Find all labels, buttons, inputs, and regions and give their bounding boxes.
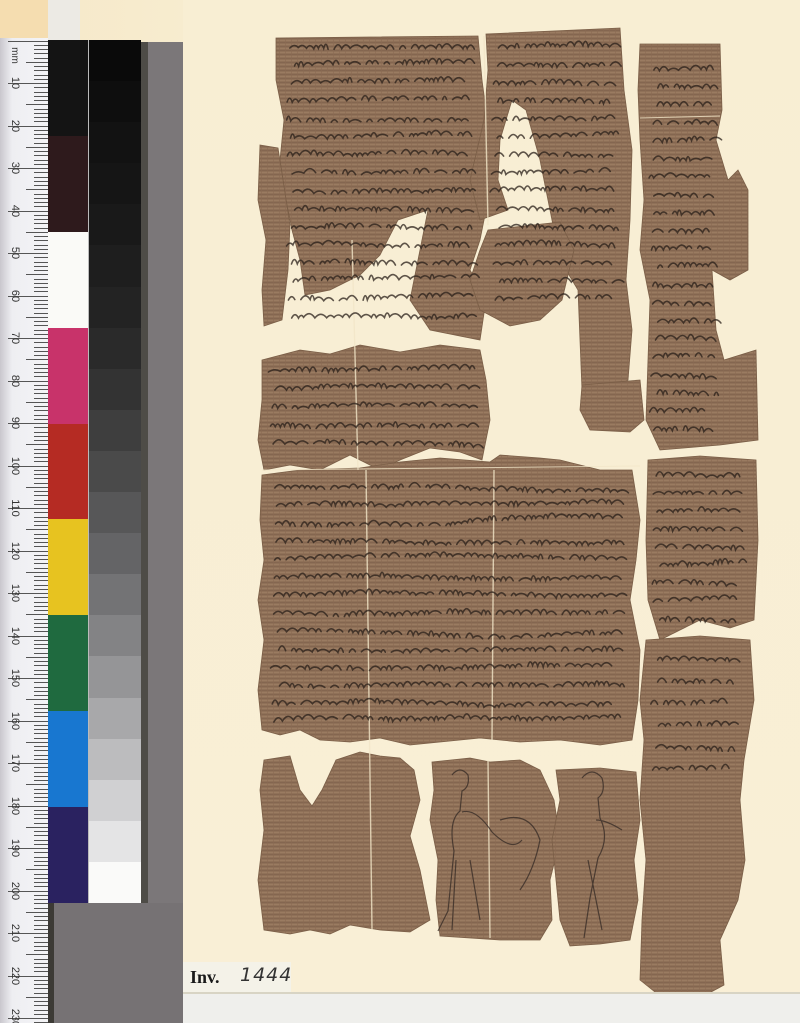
papyrus-fragment [430, 758, 560, 940]
papyrus-fragment [258, 752, 430, 934]
papyrus-fragment [580, 380, 644, 432]
papyrus-fragment [470, 222, 574, 326]
inventory-number: 1444 [240, 964, 292, 986]
papyrus-fragments [0, 0, 800, 1023]
inventory-label-prefix: Inv. [190, 967, 220, 988]
papyrus-fragment [640, 636, 754, 998]
papyrus-fragment [552, 768, 640, 946]
mount-bottom-strip [183, 992, 800, 1023]
